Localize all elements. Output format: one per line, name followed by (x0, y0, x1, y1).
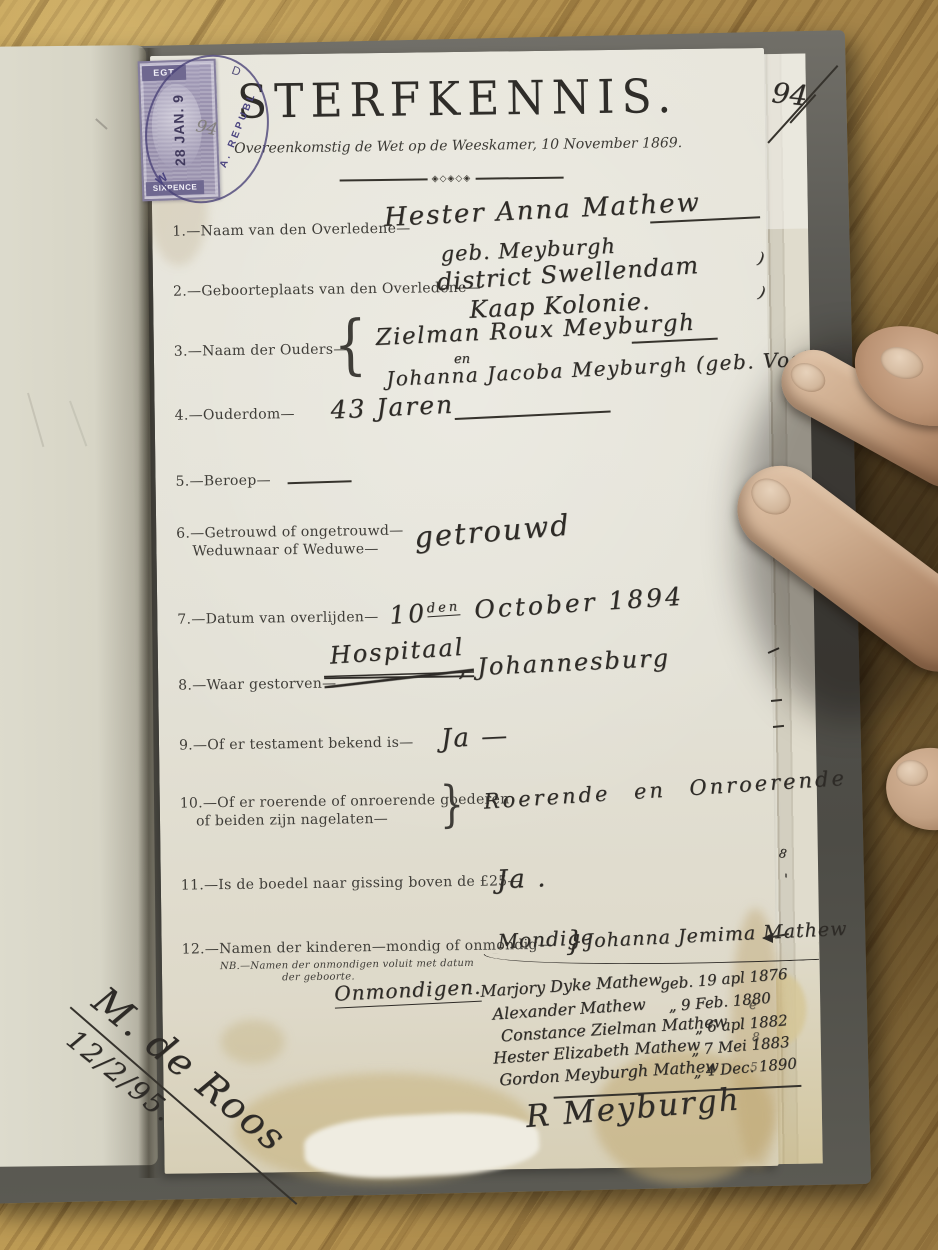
field-no: 4. (175, 408, 189, 424)
field-no: 3. (174, 344, 188, 360)
field-7-answer: 10denOctober 1894 (388, 582, 684, 630)
onmondige-label: Onmondigen. (334, 975, 482, 1009)
struck-out-word (324, 665, 475, 688)
field-label-text: —Naam van den Overledene— (186, 221, 410, 240)
pen-arrow-mark (762, 933, 773, 943)
field-3-answer2: Johanna Jacoba Meyburgh (geb. Vos) (386, 347, 812, 391)
field-4-answer: 43 Jaren (330, 390, 455, 425)
field-11-answer: Ja . (496, 863, 548, 895)
death-day: 10 (388, 598, 428, 629)
field-2-label: 2.—Geboorteplaats van den Overledene— (173, 280, 481, 300)
field-4-label: 4.—Ouderdom— (175, 406, 295, 424)
field-6-label2: Weduwnaar of Weduwe— (192, 541, 378, 559)
pencil-number: 94 (194, 116, 219, 140)
field-10-brace: } (439, 775, 464, 833)
field-label-text: —Datum van overlijden— (191, 609, 378, 627)
field-6-answer: getrouwd (413, 508, 572, 555)
edge-scrap: 8 (752, 1030, 760, 1044)
field-label-text: —Ouderdom— (189, 406, 295, 423)
field-3-brace: { (333, 308, 367, 383)
form-page: STERFKENNIS. Overeenkomstig de Wet op de… (150, 48, 779, 1174)
field-no: 10. (180, 795, 203, 811)
field-8-answer2: , Johannesburg (457, 644, 670, 682)
field-no: 2. (173, 284, 187, 300)
page-stain (221, 1019, 286, 1064)
field-label-text: —Of er testament bekend is— (193, 735, 414, 754)
field-10-label2: of beiden zijn nagelaten— (196, 811, 388, 830)
field-no: 5. (175, 474, 189, 490)
field-1-label: 1.—Naam van den Overledene— (172, 221, 410, 240)
ink-line (455, 411, 611, 420)
field-3-label: 3.—Naam der Ouders— (174, 341, 348, 359)
field-5-label: 5.—Beroep— (175, 472, 271, 489)
divider-line (475, 177, 563, 180)
death-day-ordinal: den (426, 599, 460, 617)
ink-line (288, 480, 352, 484)
photo-scene: STERFKENNIS. Overeenkomstig de Wet op de… (0, 0, 938, 1250)
field-no: 1. (172, 224, 186, 240)
field-8-answer: Hospitaal (329, 633, 465, 670)
edge-mark: 8 (778, 846, 788, 861)
field-label-text: —Getrouwd of ongetrouwd— (190, 523, 403, 542)
divider-glyphs: ◈◇◈◇◈ (432, 174, 472, 185)
divider-line (340, 179, 428, 182)
field-label-text: —Is de boedel naar gissing boven de £25— (204, 873, 522, 893)
field-12-note1: NB.—Namen der onmondigen voluit met datu… (220, 958, 474, 972)
field-8-label: 8.—Waar gestorven— (178, 676, 336, 694)
field-no: 11. (181, 877, 204, 893)
death-month-year: October 1894 (473, 582, 684, 625)
field-6-label: 6.—Getrouwd of ongetrouwd— (176, 523, 403, 542)
field-no: 12. (182, 941, 205, 957)
edge-scrap: 5 (750, 1060, 758, 1074)
field-no: 9. (179, 737, 193, 753)
ink-dash (632, 338, 718, 344)
field-no: 6. (176, 526, 190, 542)
edge-mark: ' (784, 872, 788, 888)
field-1-answer: Hester Anna Mathew (383, 188, 701, 233)
edge-scrap: e (749, 998, 757, 1013)
field-7-label: 7.—Datum van overlijden— (177, 609, 378, 628)
ornament-divider: ◈◇◈◇◈ (340, 172, 580, 185)
field-label-text: —Beroep— (189, 472, 271, 489)
field-9-answer: Ja — (440, 721, 510, 754)
field-no: 8. (178, 678, 192, 694)
field-11-label: 11.—Is de boedel naar gissing boven de £… (181, 873, 522, 893)
field-label-text: —Waar gestorven— (192, 676, 336, 694)
field-no: 7. (177, 612, 191, 628)
field-9-label: 9.—Of er testament bekend is— (179, 735, 414, 754)
field-label-text: —Naam der Ouders— (188, 341, 348, 359)
